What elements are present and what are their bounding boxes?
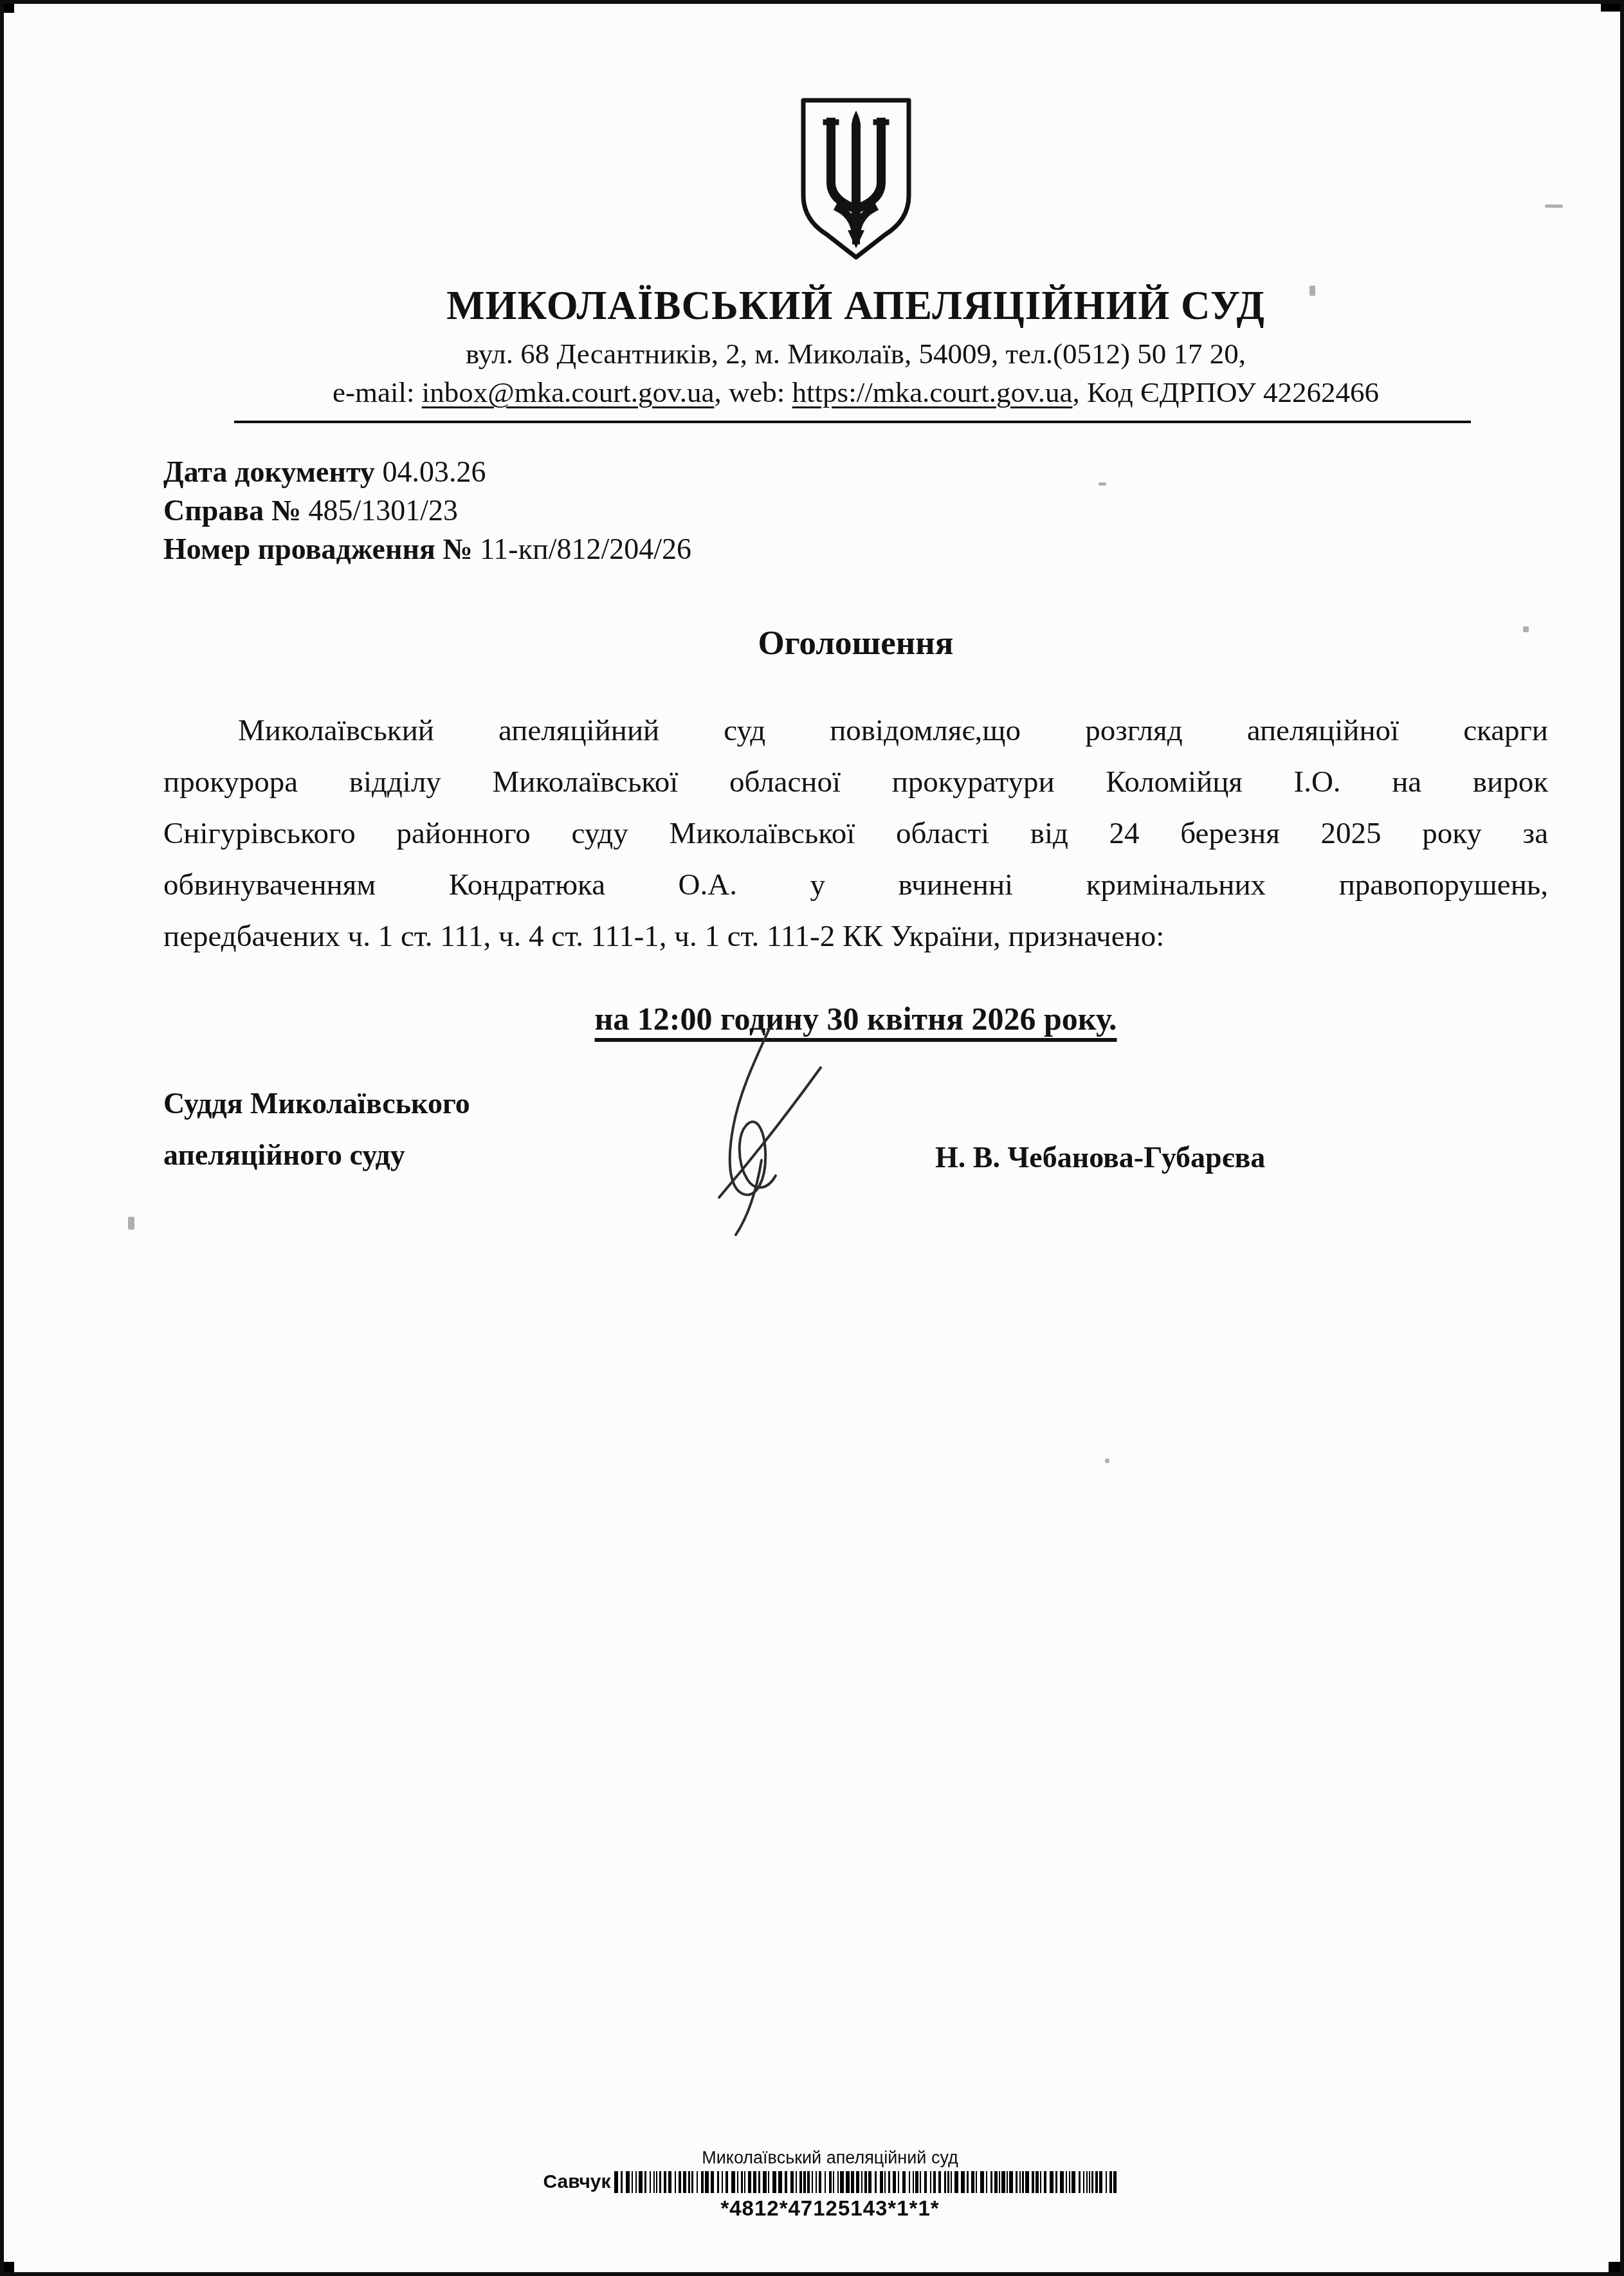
scanned-court-document: МИКОЛАЇВСЬКИЙ АПЕЛЯЦІЙНИЙ СУД вул. 68 Де… (0, 0, 1624, 2276)
email-label: e-mail: (333, 376, 422, 408)
court-name-title: МИКОЛАЇВСЬКИЙ АПЕЛЯЦІЙНИЙ СУД (4, 280, 1620, 331)
barcode (614, 2171, 1117, 2193)
judge-title-line1: Суддя Миколаївського (163, 1078, 1548, 1129)
proceedings-number-value: 11-кп/812/204/26 (480, 533, 691, 565)
proceedings-number-row: Номер провадження № 11-кп/812/204/26 (163, 530, 1548, 569)
barcode-caption: *4812*47125143*1*1* (22, 2196, 1624, 2221)
case-number-value: 485/1301/23 (308, 494, 458, 527)
scan-speck (1523, 626, 1529, 632)
case-metadata: Дата документу 04.03.26 Справа № 485/130… (163, 453, 1548, 569)
header-emblem (4, 95, 1620, 264)
scan-corner-artifact (4, 4, 14, 13)
ukraine-trident-emblem-icon (795, 95, 917, 264)
website-address: https://mka.court.gov.ua (792, 376, 1073, 408)
edrpou-code: , Код ЄДРПОУ 42262466 (1072, 376, 1379, 408)
clerk-name: Савчук (543, 2170, 610, 2194)
scan-speck (1105, 1459, 1109, 1463)
judge-name: Н. В. Чебанова-Губарєва (935, 1132, 1265, 1183)
court-address: вул. 68 Десантників, 2, м. Миколаїв, 540… (4, 334, 1620, 373)
registration-footer: Миколаївський апеляційний суд Савчук *48… (22, 2147, 1624, 2221)
document-date-label: Дата документу (163, 455, 375, 488)
case-number-row: Справа № 485/1301/23 (163, 491, 1548, 530)
body-line: обвинуваченням Кондратюка О.А. у вчиненн… (163, 859, 1548, 911)
scan-corner-artifact (1609, 2262, 1620, 2272)
scan-speck (128, 1217, 134, 1230)
web-label: , web: (714, 376, 792, 408)
signature-block: Суддя Миколаївського апеляційного суду Н… (163, 1078, 1548, 1245)
footer-barcode-row: Савчук (22, 2170, 1624, 2194)
scan-corner-artifact (4, 2262, 14, 2272)
header-divider (234, 421, 1471, 423)
scan-speck (1309, 286, 1315, 296)
case-number-label: Справа № (163, 494, 301, 527)
scan-corner-artifact (1601, 4, 1620, 12)
footer-court-name: Миколаївський апеляційний суд (22, 2147, 1624, 2168)
email-address: inbox@mka.court.gov.ua (422, 376, 715, 408)
judge-title: Суддя Миколаївського апеляційного суду (163, 1078, 1548, 1181)
handwritten-signature-icon (665, 1025, 840, 1239)
body-line: передбачених ч. 1 ст. 111, ч. 4 ст. 111-… (163, 911, 1548, 962)
body-line: прокурора відділу Миколаївської обласної… (163, 756, 1548, 808)
body-line: Миколаївський апеляційний суд повідомляє… (163, 705, 1548, 756)
document-date-value: 04.03.26 (382, 455, 486, 488)
proceedings-number-label: Номер провадження № (163, 533, 473, 565)
judge-title-line2: апеляційного суду (163, 1129, 1548, 1181)
body-line: Снігурівського районного суду Миколаївсь… (163, 808, 1548, 859)
document-date-row: Дата документу 04.03.26 (163, 453, 1548, 491)
scan-speck (1099, 482, 1106, 486)
court-contacts: e-mail: inbox@mka.court.gov.ua, web: htt… (4, 373, 1620, 412)
announcement-body: Миколаївський апеляційний суд повідомляє… (163, 705, 1548, 962)
announcement-title: Оголошення (4, 623, 1620, 664)
scan-speck (1545, 205, 1563, 208)
